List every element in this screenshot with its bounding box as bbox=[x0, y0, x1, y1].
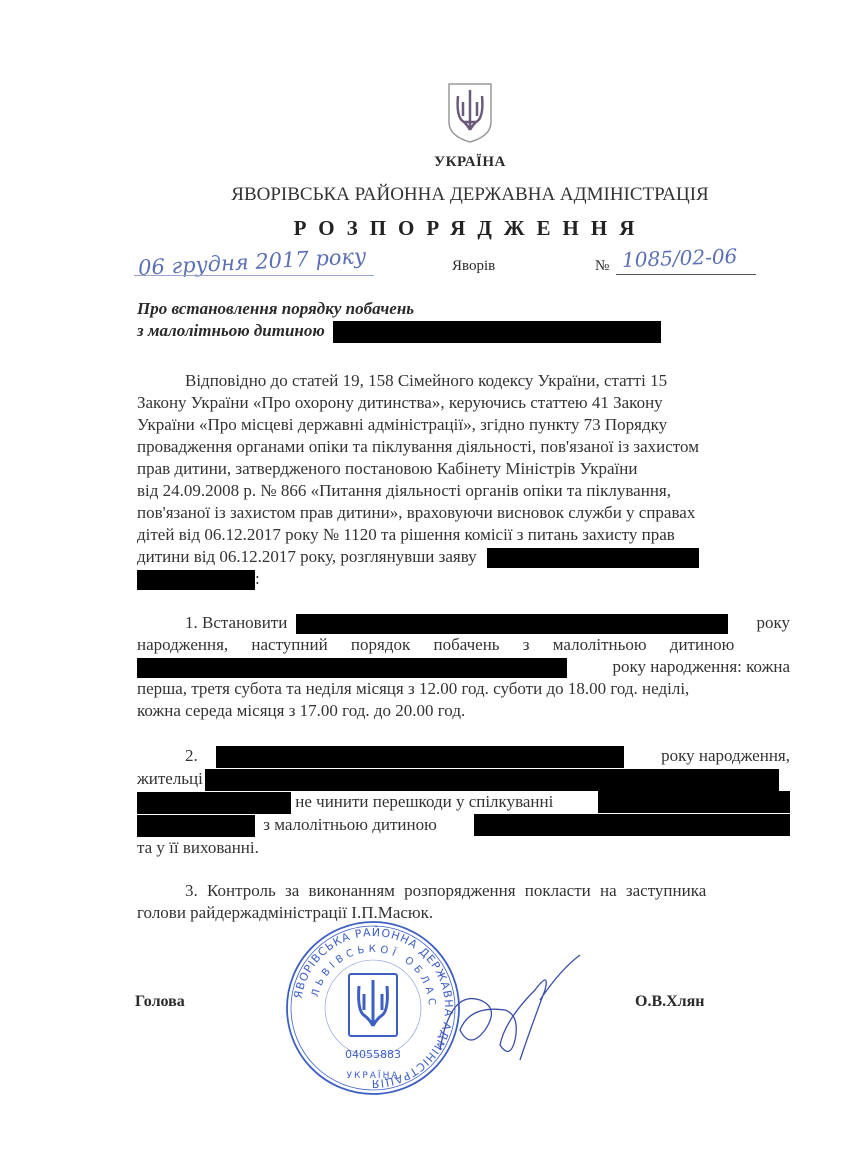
preamble-line: України «Про місцеві державні адміністра… bbox=[137, 414, 790, 436]
redaction-block bbox=[137, 570, 255, 590]
signatory-title: Голова bbox=[135, 993, 185, 1011]
redaction-block bbox=[296, 614, 728, 634]
preamble-line: пов'язаної із захистом прав дитини», вра… bbox=[137, 502, 790, 524]
preamble-line: дітей від 06.12.2017 року № 1120 та ріше… bbox=[137, 524, 790, 546]
redaction-block bbox=[333, 321, 661, 343]
number-underline bbox=[616, 274, 756, 275]
redaction-block bbox=[137, 792, 291, 814]
item-1: 1. Встановити року народження, наступний… bbox=[137, 612, 790, 722]
preamble-line: дитини від 06.12.2017 року, розглянувши … bbox=[137, 547, 477, 566]
preamble-line: провадження органами опіки та піклування… bbox=[137, 436, 790, 458]
item2-mid: не чинити перешкоди у спілкуванні bbox=[295, 792, 553, 811]
trident-coat-of-arms-icon bbox=[446, 82, 494, 144]
stamp-bottom: УКРАЇНА bbox=[346, 1070, 399, 1081]
document-type: РОЗПОРЯДЖЕННЯ bbox=[0, 216, 850, 241]
item1-line-4: перша, третя субота та неділя місяця з 1… bbox=[137, 678, 790, 700]
preamble-line: від 24.09.2008 р. № 866 «Питання діяльно… bbox=[137, 480, 790, 502]
handwritten-signature bbox=[430, 950, 590, 1070]
stamp-code: 04055883 bbox=[345, 1048, 401, 1061]
number-label: № bbox=[595, 258, 609, 275]
item-3: 3. Контроль за виконанням розпорядження … bbox=[137, 880, 790, 924]
redaction-block bbox=[216, 746, 624, 768]
item1-line-2: народження, наступний порядок побачень з… bbox=[137, 634, 790, 656]
document-subject: Про встановлення порядку побачень з мало… bbox=[137, 298, 661, 343]
city: Яворів bbox=[452, 258, 495, 275]
item2-with-child: з малолітньою дитиною bbox=[263, 815, 437, 834]
redaction-block bbox=[474, 814, 790, 836]
redaction-block bbox=[487, 548, 699, 568]
redaction-block bbox=[205, 769, 779, 791]
item1-start: 1. Встановити bbox=[185, 613, 287, 632]
preamble-end: : bbox=[255, 569, 260, 588]
item1-birth: року народження: кожна bbox=[613, 656, 791, 678]
preamble-line: Відповідно до статей 19, 158 Сімейного к… bbox=[137, 370, 790, 392]
preamble-line: Закону України «Про охорону дитинства», … bbox=[137, 392, 790, 414]
item-2: 2. року народження, жительці не чинити п… bbox=[137, 745, 790, 859]
subject-line-1: Про встановлення порядку побачень bbox=[137, 298, 661, 320]
item2-end: та у її вихованні. bbox=[137, 837, 790, 859]
handwritten-number: 1085/02-06 bbox=[622, 244, 738, 272]
item3-line-2: голови райдержадміністрації І.П.Масюк. bbox=[137, 902, 790, 924]
country-name: УКРАЇНА bbox=[0, 154, 850, 171]
administration-name: ЯВОРІВСЬКА РАЙОННА ДЕРЖАВНА АДМІНІСТРАЦІ… bbox=[0, 184, 850, 206]
preamble-line: прав дитини, затвердженого постановою Ка… bbox=[137, 458, 790, 480]
signatory-name: О.В.Хлян bbox=[635, 993, 705, 1011]
item2-start: 2. bbox=[185, 746, 198, 765]
redaction-block bbox=[598, 791, 790, 813]
item2-birth: року народження, bbox=[661, 745, 790, 767]
item3-line-1: 3. Контроль за виконанням розпорядження … bbox=[137, 880, 790, 902]
redaction-block bbox=[137, 815, 255, 837]
redaction-block bbox=[137, 658, 567, 678]
item1-year: року bbox=[756, 612, 790, 634]
item2-residence: жительці bbox=[137, 769, 203, 788]
date-underline bbox=[134, 275, 374, 276]
item1-line-5: кожна середа місяця з 17.00 год. до 20.0… bbox=[137, 700, 790, 722]
preamble-paragraph: Відповідно до статей 19, 158 Сімейного к… bbox=[137, 370, 790, 590]
subject-line-2: з малолітньою дитиною bbox=[137, 321, 325, 340]
